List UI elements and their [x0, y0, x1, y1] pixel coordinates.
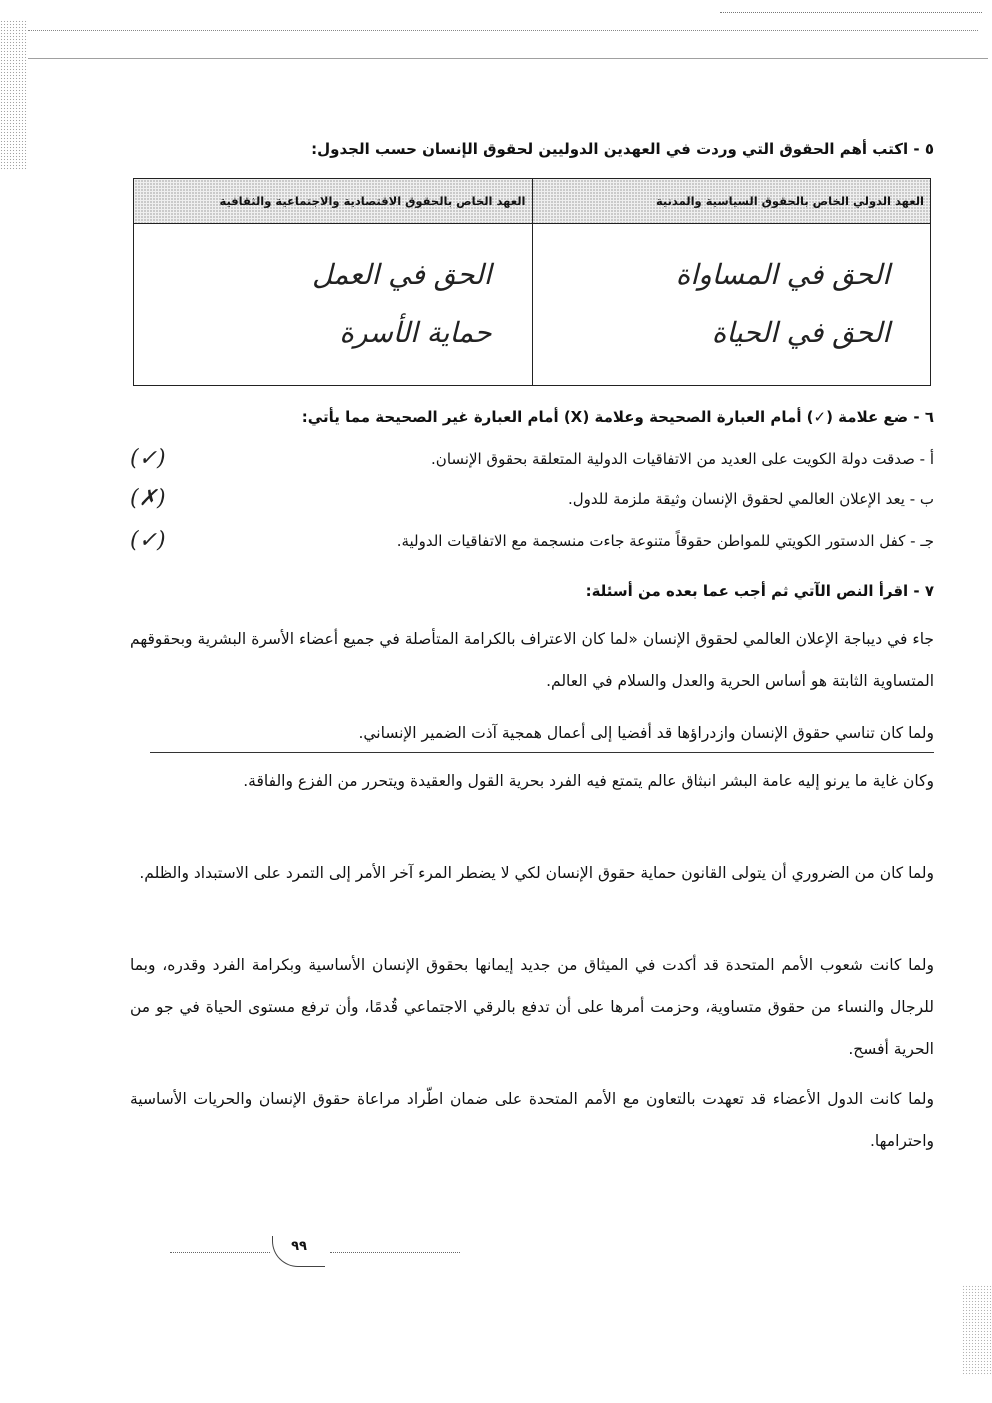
scan-noise: [0, 20, 28, 170]
divider: [150, 752, 934, 753]
page-footer: ٩٩: [170, 1236, 460, 1266]
question-6-prompt: ٦ - ضع علامة (✓) أمام العبارة الصحيحة وع…: [140, 408, 934, 426]
table-header-civil-political: العهد الدولي الخاص بالحقوق السياسية والم…: [532, 179, 931, 224]
footer-rule: [170, 1252, 270, 1253]
footer-rule: [330, 1252, 460, 1253]
check-mark-icon[interactable]: (✓): [130, 446, 166, 471]
rights-table: العهد الدولي الخاص بالحقوق السياسية والم…: [133, 178, 931, 386]
passage-paragraph: ولما كان تناسي حقوق الإنسان وازدراؤها قد…: [130, 712, 934, 754]
page-number: ٩٩: [272, 1236, 325, 1267]
handwritten-answer: الحق في المساواة: [553, 246, 891, 304]
table-header-economic-social: العهد الخاص بالحقوق الاقتصادية والاجتماع…: [134, 179, 533, 224]
statement-b: ب - يعد الإعلان العالمي لحقوق الإنسان وث…: [130, 486, 934, 511]
passage-paragraph: ولما كانت الدول الأعضاء قد تعهدت بالتعاو…: [130, 1078, 934, 1162]
check-mark-icon[interactable]: (✓): [130, 528, 166, 553]
scan-noise: [962, 1285, 992, 1375]
passage-paragraph: جاء في ديباجة الإعلان العالمي لحقوق الإن…: [130, 618, 934, 702]
statement-a: أ - صدقت دولة الكويت على العديد من الاتف…: [130, 446, 934, 471]
question-5-prompt: ٥ - اكتب أهم الحقوق التي وردت في العهدين…: [140, 140, 934, 158]
statement-text: جـ - كفل الدستور الكويتي للمواطن حقوقاً …: [397, 532, 934, 550]
cross-mark-icon[interactable]: (✗): [130, 486, 166, 511]
statement-c: جـ - كفل الدستور الكويتي للمواطن حقوقاً …: [130, 528, 934, 553]
passage-paragraph: وكان غاية ما يرنو إليه عامة البشر انبثاق…: [130, 760, 934, 802]
answer-cell-civil-political[interactable]: الحق في المساواة الحق في الحياة: [532, 224, 931, 386]
passage-paragraph: ولما كانت شعوب الأمم المتحدة قد أكدت في …: [130, 944, 934, 1070]
passage-paragraph: ولما كان من الضروري أن يتولى القانون حما…: [130, 852, 934, 894]
statement-text: أ - صدقت دولة الكويت على العديد من الاتف…: [431, 450, 934, 468]
header-rule: [720, 12, 982, 13]
header-rule: [28, 30, 978, 31]
handwritten-answer: الحق في العمل: [154, 246, 492, 304]
statement-text: ب - يعد الإعلان العالمي لحقوق الإنسان وث…: [568, 490, 934, 508]
answer-cell-economic-social[interactable]: الحق في العمل حماية الأسرة: [134, 224, 533, 386]
handwritten-answer: الحق في الحياة: [553, 304, 891, 362]
question-7-prompt: ٧ - اقرأ النص الآتي ثم أجب عما بعده من أ…: [140, 582, 934, 600]
header-rule: [28, 58, 988, 59]
handwritten-answer: حماية الأسرة: [154, 304, 492, 362]
